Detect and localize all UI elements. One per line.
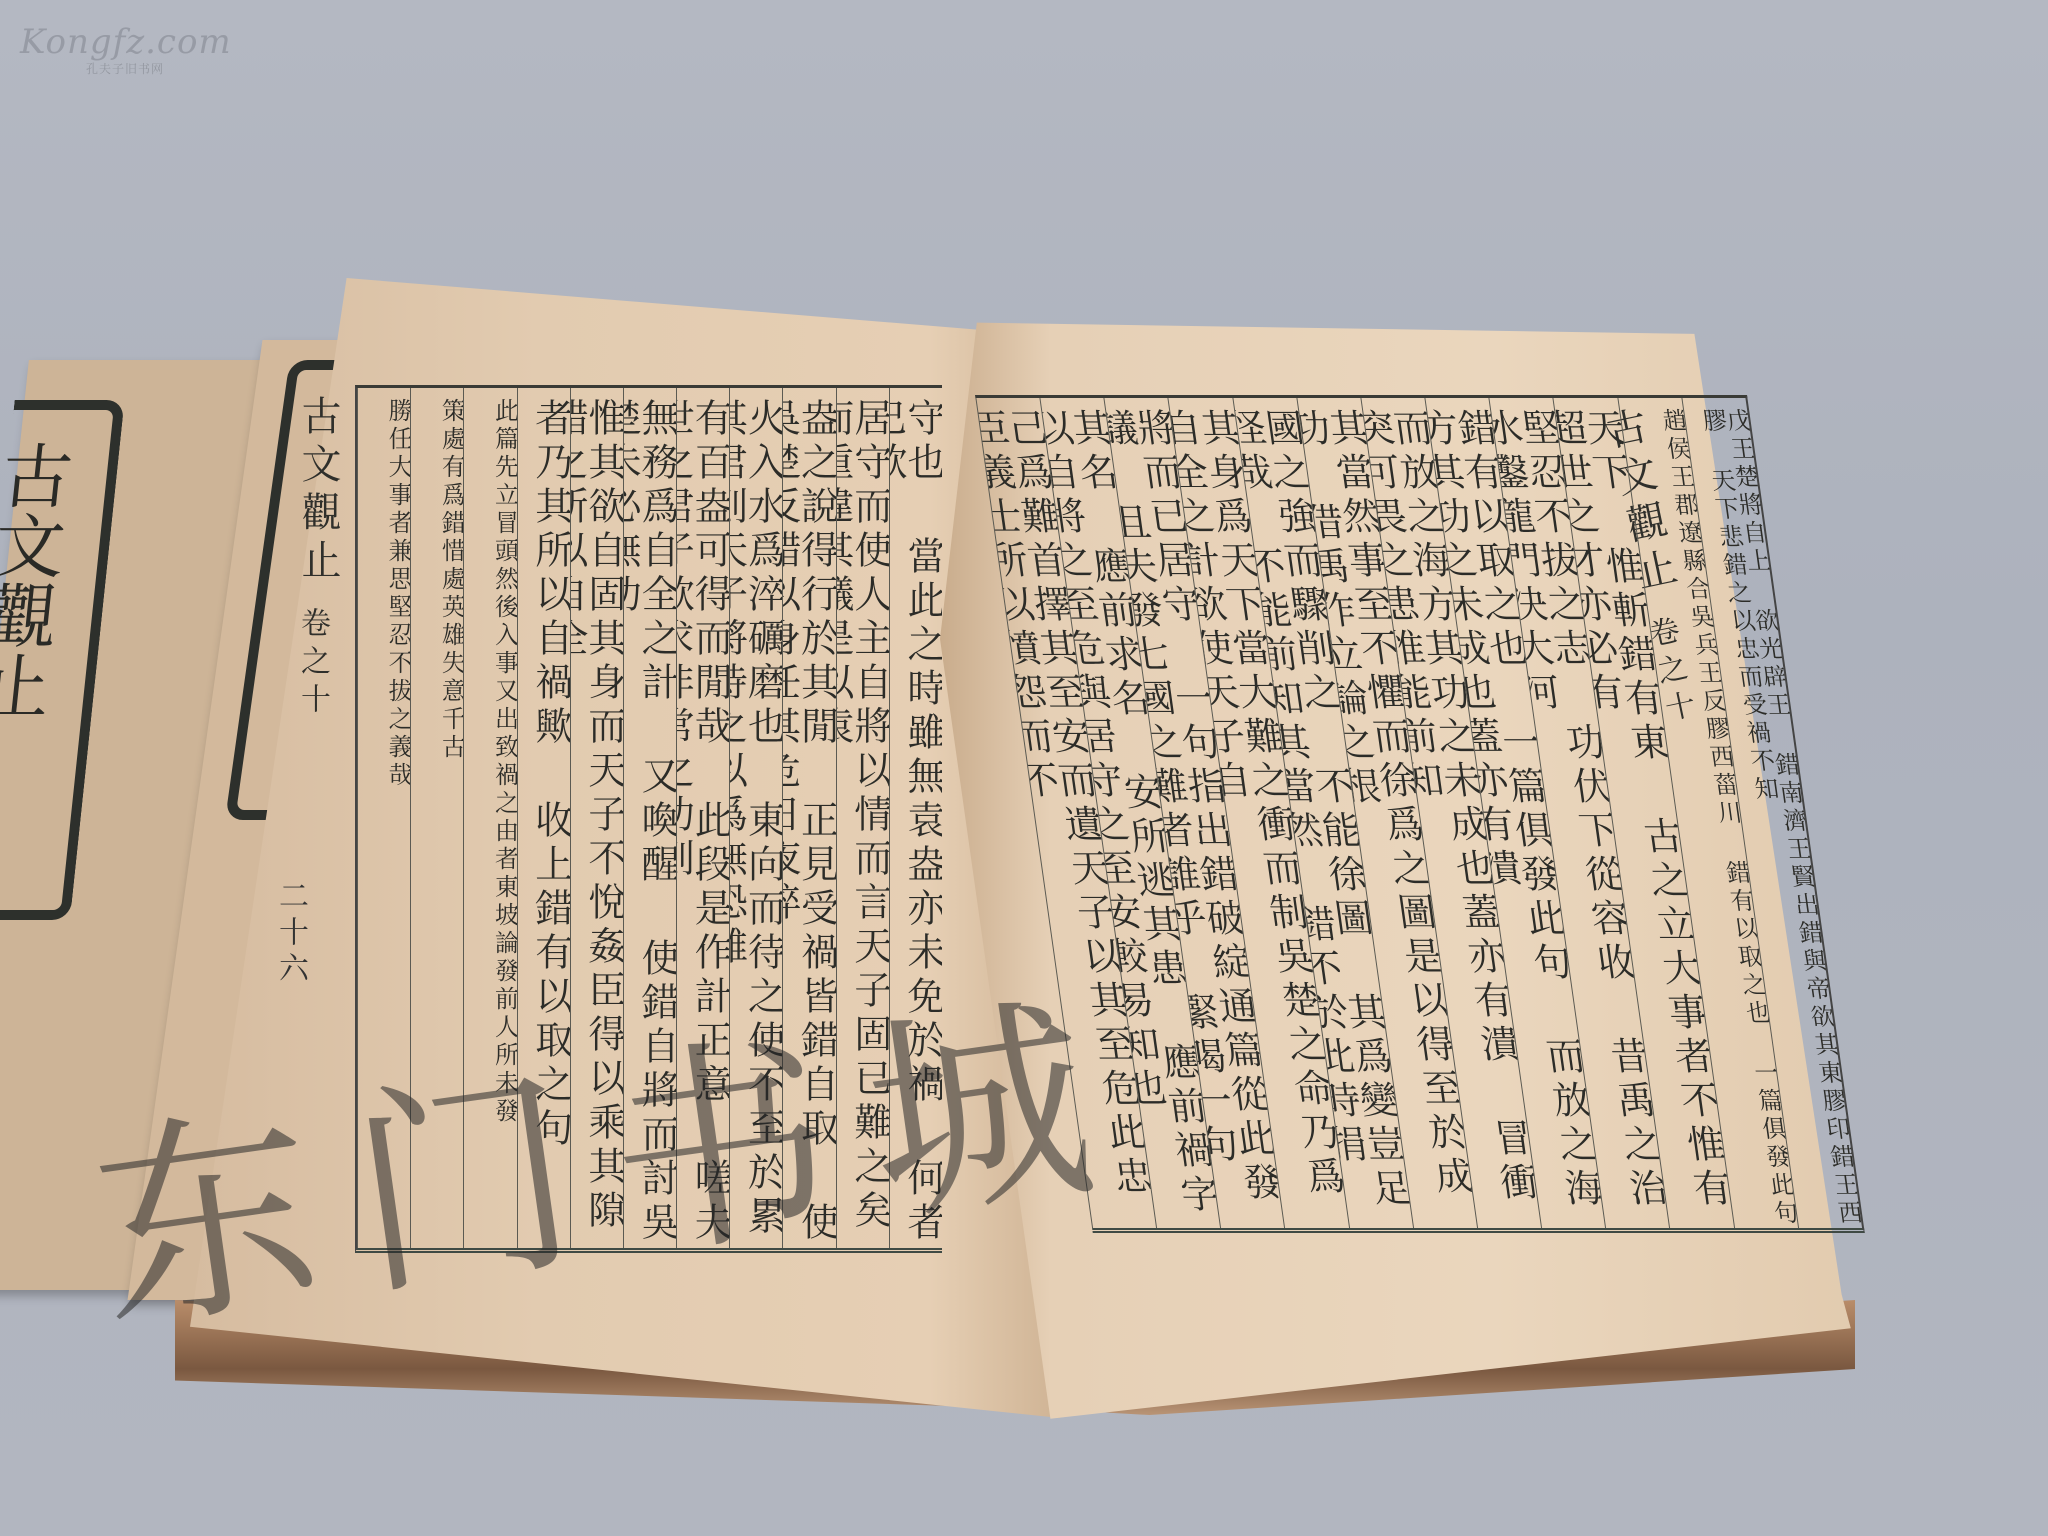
book-title-header: 古文觀止 — [290, 395, 347, 587]
left-page-number-block: 二十六 — [268, 880, 312, 988]
volume-label: 卷之十 — [290, 607, 334, 721]
left-page-margin-header: 古文觀止 卷之十 — [290, 395, 347, 721]
site-watermark-subtitle: 孔夫子旧书网 — [86, 60, 164, 77]
site-watermark: Kongfz.com — [20, 22, 232, 62]
page-number: 二十六 — [268, 880, 312, 988]
